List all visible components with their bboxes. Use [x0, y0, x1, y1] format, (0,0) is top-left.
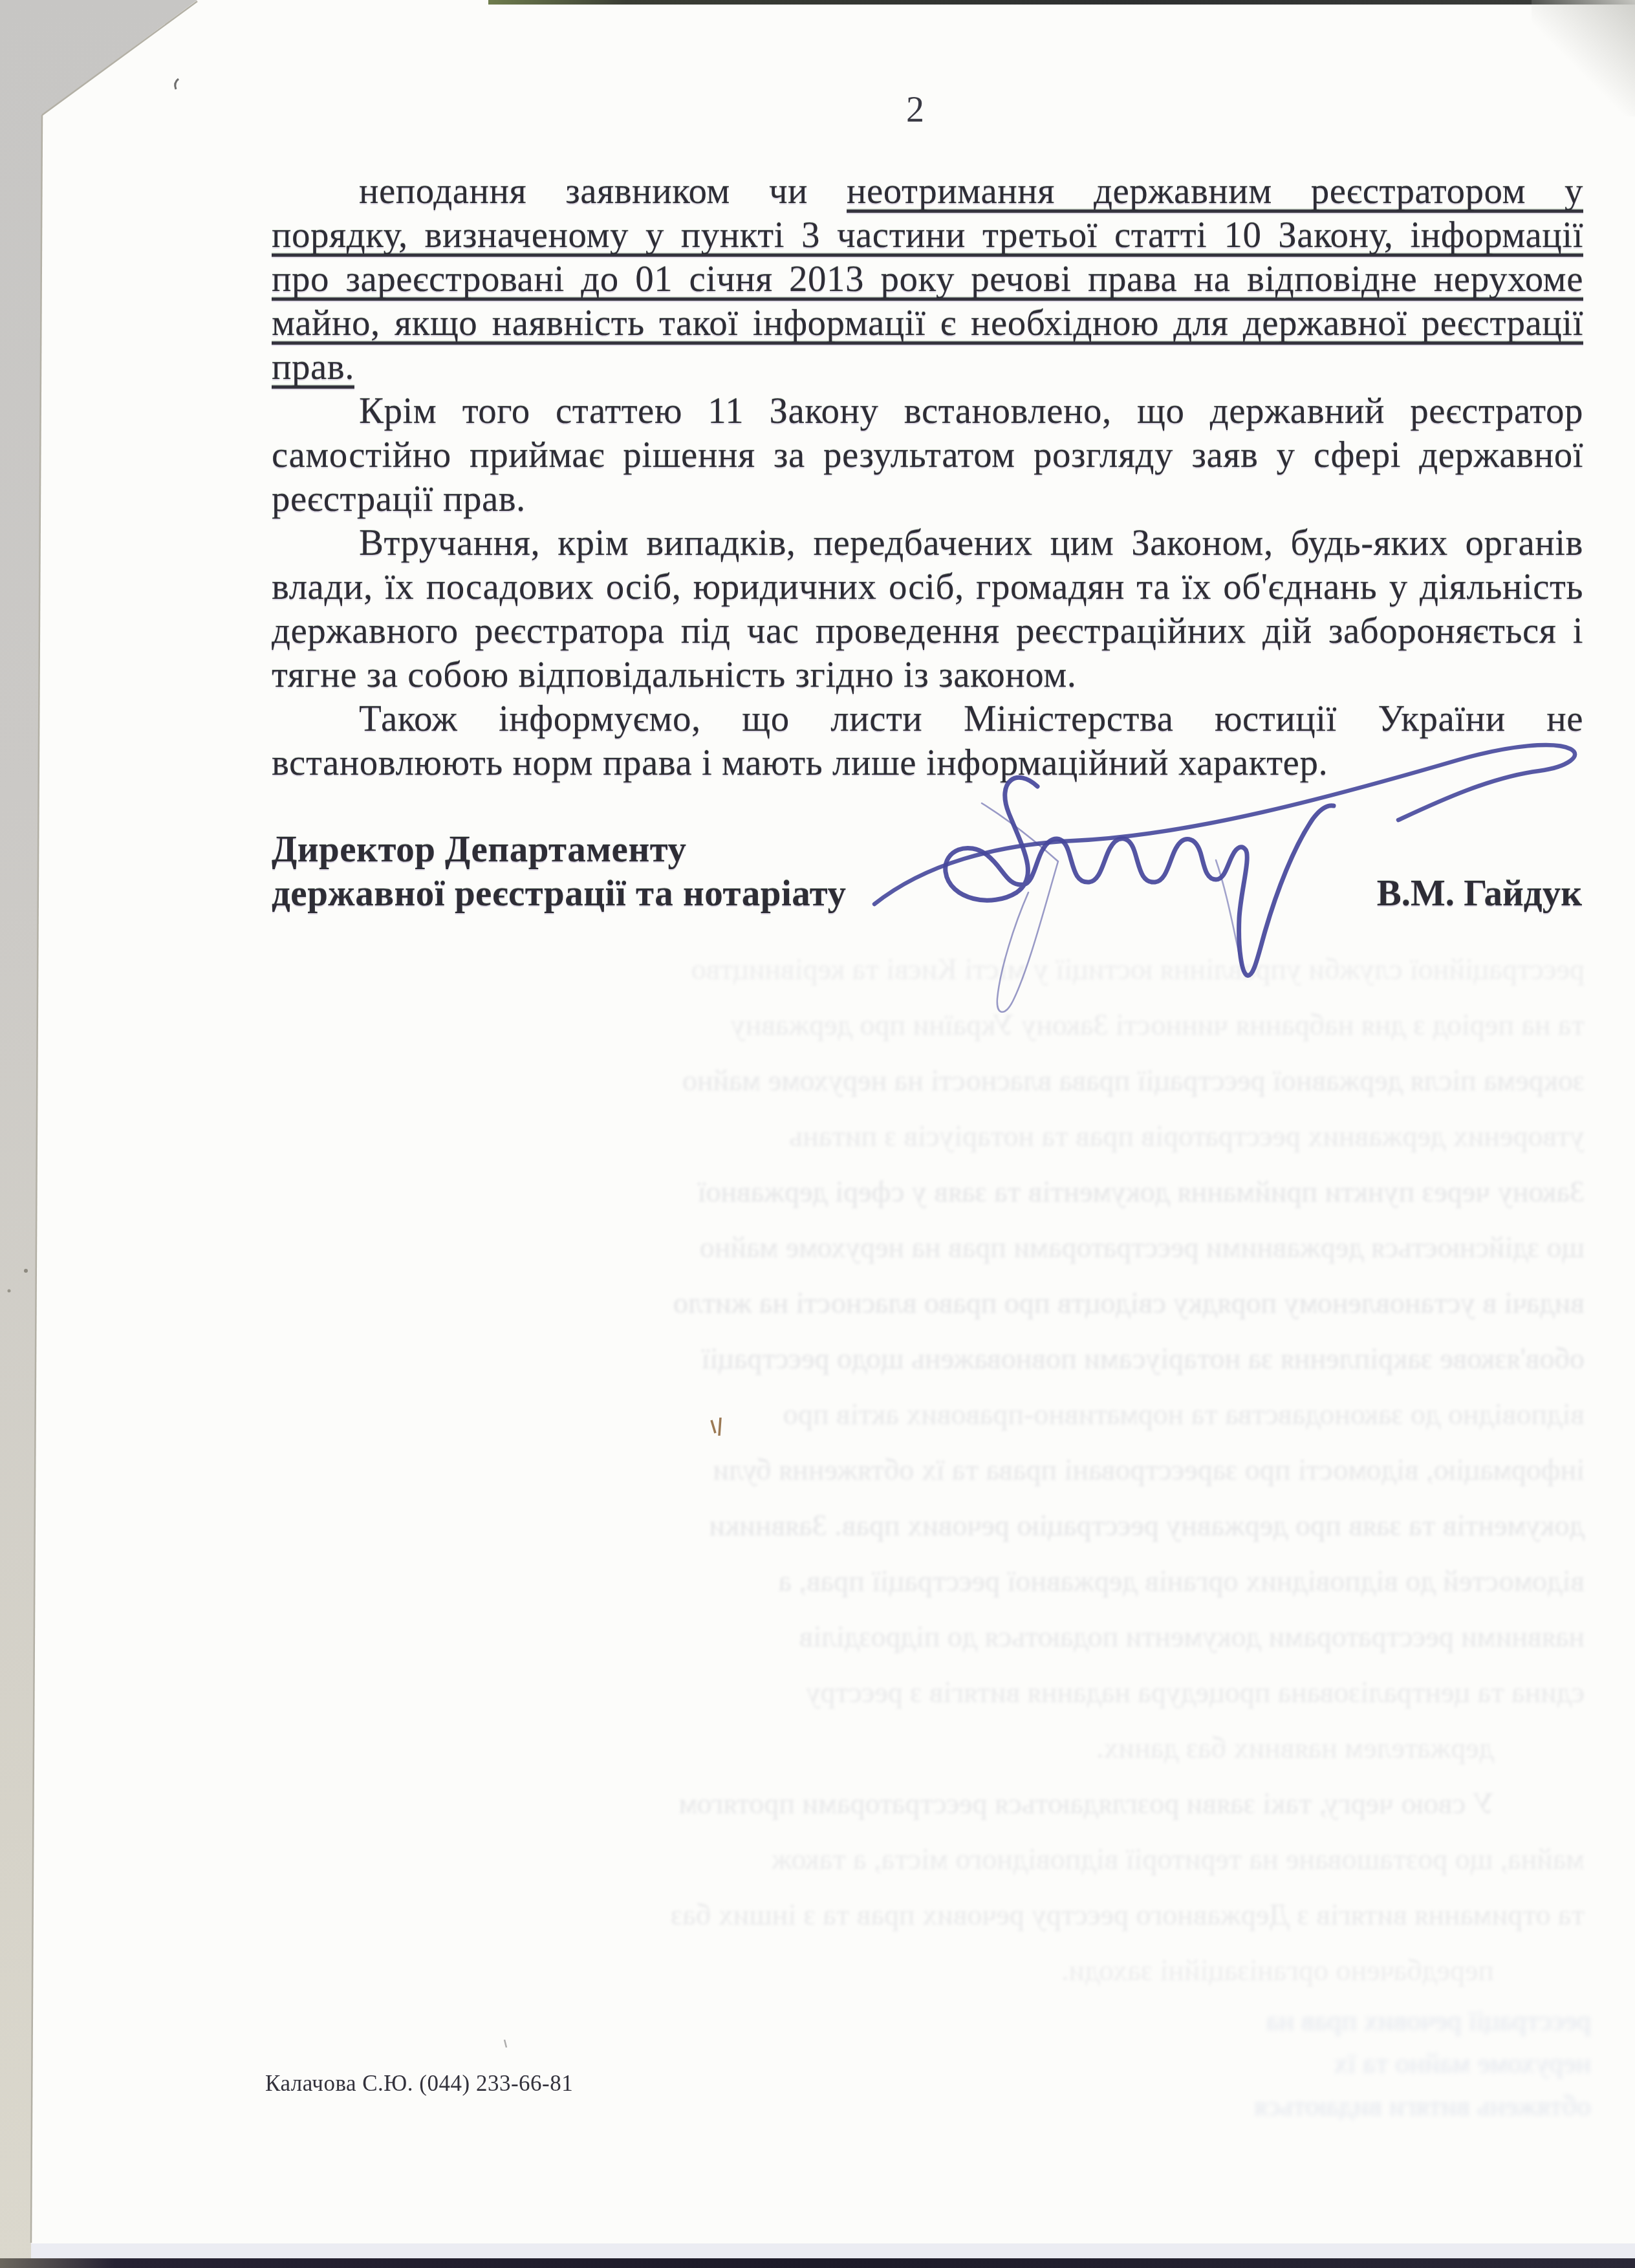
bleed-through-line: Закону через пункти приймання документів…: [272, 1164, 1585, 1220]
plain-text: неподання заявником чи: [359, 171, 847, 211]
plain-text: Також інформуємо, що листи Міністерства …: [359, 698, 1583, 739]
body-line: про зареєстровані до 01 січня 2013 року …: [272, 257, 1583, 301]
bleed-through-line: держателем наявних баз даних.: [272, 1720, 1585, 1776]
bleed-through-line: інформацію, відомості про зареєстровані …: [272, 1442, 1585, 1498]
body-line: Втручання, крім випадків, передбачених ц…: [272, 521, 1583, 565]
bleed-through-line: наявними реєстраторами документи подають…: [272, 1609, 1585, 1665]
body-line: порядку, визначеному у пункті 3 частини …: [272, 213, 1583, 257]
plain-text: самостійно приймає рішення за результато…: [272, 435, 1583, 475]
body-line: самостійно приймає рішення за результато…: [272, 433, 1583, 477]
bleed-through-line: обов'язкове закріплення за нотаріусами п…: [272, 1331, 1585, 1387]
bleed-through-line: зокрема після державної реєстрації права…: [272, 1053, 1585, 1108]
body-line: майно, якщо наявність такої інформації є…: [272, 301, 1583, 345]
underlined-text: порядку, визначеному у пункті 3 частини …: [272, 215, 1583, 255]
scan-bottom-light-band: [31, 2243, 1635, 2258]
plain-text: державного реєстратора під час проведенн…: [272, 610, 1583, 651]
plain-text: Втручання, крім випадків, передбачених ц…: [359, 523, 1583, 563]
body-line: неподання заявником чи неотримання держа…: [272, 169, 1583, 213]
bleed-through-line: що здійснюється державними реєстраторами…: [272, 1220, 1585, 1275]
signer-name: В.М. Гайдук: [1377, 872, 1582, 916]
plain-text: встановлюють норм права і мають лише інф…: [272, 742, 1328, 783]
bleed-through-line: реєстраційної служби управління юстиції …: [272, 942, 1585, 997]
bleed-through-line: передбачено організаційні заходи.: [272, 1943, 1585, 1998]
bleed-through-line: документів та заяв про державну реєстрац…: [272, 1498, 1585, 1553]
body-line: влади, їх посадових осіб, юридичних осіб…: [272, 565, 1583, 609]
signoff-title-line1: Директор Департаменту: [272, 828, 983, 872]
scanner-bottom-edge: [0, 2258, 1635, 2268]
body-line: Крім того статтею 11 Закону встановлено,…: [272, 389, 1583, 433]
underlined-text: неотримання державним реєстратором у: [847, 171, 1583, 211]
footer-contact: Калачова С.Ю. (044) 233-66-81: [265, 2069, 573, 2098]
body-line: тягне за собою відповідальність згідно і…: [272, 653, 1583, 697]
signoff-title-line2: державної реєстрації та нотаріату: [272, 872, 983, 916]
plain-text: реєстрації прав.: [272, 479, 526, 519]
bleed-through-line: У свою чергу, такі заяви розглядаються р…: [272, 1776, 1585, 1831]
page-curl-shadow: [1532, 0, 1635, 116]
scanned-letter-page: { "document": { "page_number": "2", "ink…: [0, 0, 1635, 2268]
underlined-text: прав.: [272, 347, 354, 387]
bleed-through-line: майна, що розташоване на території відпо…: [272, 1831, 1585, 1887]
underlined-text: майно, якщо наявність такої інформації є…: [272, 303, 1583, 343]
bleed-through-line: видачі в установленому порядку свідоцтв …: [272, 1275, 1585, 1331]
plain-text: влади, їх посадових осіб, юридичних осіб…: [272, 567, 1583, 607]
signoff-block: Директор Департаменту державної реєстрац…: [272, 828, 983, 916]
scanner-top-edge: [488, 0, 1635, 5]
bleed-through-line: утворених державних реєстраторів прав та…: [272, 1108, 1585, 1164]
bleed-through-blotch: реєстрації речових прав на нерухоме майн…: [1222, 2000, 1591, 2135]
underlined-text: про зареєстровані до 01 січня 2013 року …: [272, 259, 1583, 299]
body-line: встановлюють норм права і мають лише інф…: [272, 741, 1583, 785]
bleed-through-line: та отримання витягів з Державного реєстр…: [272, 1887, 1585, 1943]
bleed-through-line: та на період з дня набрання чинності Зак…: [272, 997, 1585, 1053]
body-line: Також інформуємо, що листи Міністерства …: [272, 697, 1583, 741]
page-number: 2: [876, 88, 954, 132]
body-line: реєстрації прав.: [272, 477, 1583, 521]
plain-text: Крім того статтею 11 Закону встановлено,…: [359, 391, 1583, 431]
body-line: прав.: [272, 345, 1583, 389]
body-line: державного реєстратора під час проведенн…: [272, 609, 1583, 653]
bleed-through-text: реєстраційної служби управління юстиції …: [272, 942, 1585, 1998]
letter-body: неподання заявником чи неотримання держа…: [272, 169, 1583, 785]
bleed-through-line: відповідно до законодавства та нормативн…: [272, 1387, 1585, 1442]
bleed-through-line: відомостей до відповідних органів держав…: [272, 1553, 1585, 1609]
bleed-through-line: єдина та централізована процедура наданн…: [272, 1665, 1585, 1720]
plain-text: тягне за собою відповідальність згідно і…: [272, 654, 1077, 695]
